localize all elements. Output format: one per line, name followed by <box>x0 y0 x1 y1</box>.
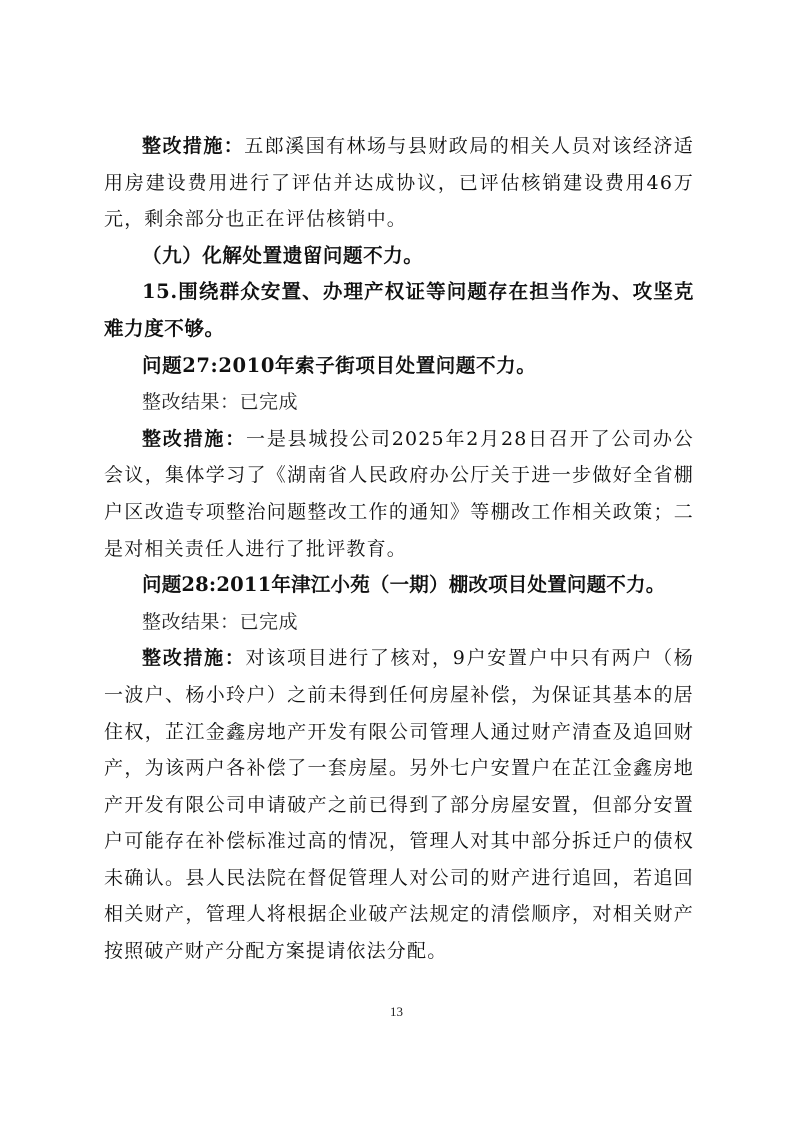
result-line-28: 整改结果：已完成 <box>104 604 694 641</box>
measure-paragraph-1: 整改措施：五郎溪国有林场与县财政局的相关人员对该经济适用房建设费用进行了评估并达… <box>104 128 694 238</box>
section-heading-9: （九）化解处置遗留问题不力。 <box>104 238 694 275</box>
page-content: 整改措施：五郎溪国有林场与县财政局的相关人员对该经济适用房建设费用进行了评估并达… <box>104 128 694 970</box>
document-page: 整改措施：五郎溪国有林场与县财政局的相关人员对该经济适用房建设费用进行了评估并达… <box>0 0 793 1122</box>
result-line-27: 整改结果：已完成 <box>104 384 694 421</box>
item-heading-15: 15.围绕群众安置、办理产权证等问题存在担当作为、攻坚克难力度不够。 <box>104 274 694 347</box>
problem-heading-27: 问题27:2010年索子街项目处置问题不力。 <box>104 348 694 385</box>
problem-heading-28: 问题28:2011年津江小苑（一期）棚改项目处置问题不力。 <box>104 567 694 604</box>
measure-paragraph-27: 整改措施：一是县城投公司2025年2月28日召开了公司办公会议，集体学习了《湖南… <box>104 421 694 567</box>
page-number: 13 <box>0 1004 793 1020</box>
measure-label: 整改措施： <box>142 135 244 157</box>
measure-paragraph-28: 整改措施：对该项目进行了核对，9户安置户中只有两户（杨一波户、杨小玲户）之前未得… <box>104 640 694 969</box>
measure-label: 整改措施： <box>142 647 246 669</box>
measure-label: 整改措施： <box>142 428 246 450</box>
measure-text: 对该项目进行了核对，9户安置户中只有两户（杨一波户、杨小玲户）之前未得到任何房屋… <box>104 647 694 962</box>
